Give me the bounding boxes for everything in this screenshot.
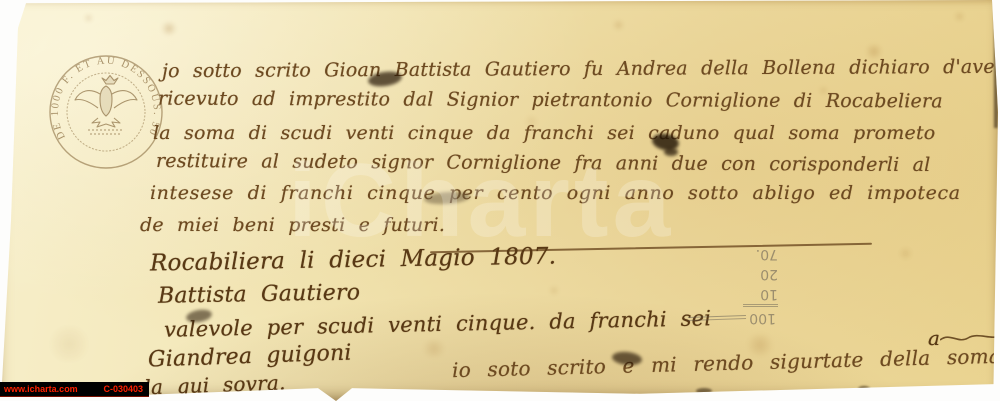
scanned-document: DE 1000 F. ET AU DESSOUS. 50 CENT. jo so… [0, 0, 1000, 401]
pencil-arithmetic: 100 10 20 70. [732, 244, 782, 328]
margin-annotation: a [928, 326, 940, 350]
manuscript-signature: Battista Gautiero [158, 280, 361, 309]
speck [858, 386, 870, 392]
stain [612, 20, 625, 30]
archive-code-label: C-030403 [103, 384, 143, 394]
ink-blot [664, 148, 678, 156]
pencil-item: 20 [732, 264, 782, 284]
imperial-eagle-icon [75, 76, 137, 135]
manuscript-signature: Giandrea guigoni [148, 340, 352, 372]
archive-site-label: www.icharta.com [4, 384, 78, 394]
manuscript-date-line: Rocabiliera li dieci Magio 1807. [150, 243, 557, 276]
speck [696, 388, 712, 394]
archive-id-bar: www.icharta.com C-030403 [0, 382, 149, 397]
stain [84, 14, 93, 22]
manuscript-line: intesese di franchi cinque per cento ogn… [150, 182, 961, 204]
revenue-stamp: DE 1000 F. ET AU DESSOUS. 50 CENT. [44, 50, 168, 174]
flourish-line [940, 330, 1000, 346]
pencil-item: 70. [732, 244, 782, 264]
manuscript-line: jo sotto scrito Gioan Battista Gautiero … [162, 56, 1000, 82]
stain [160, 22, 178, 35]
pencil-item: 10 [732, 284, 782, 304]
pencil-total: 100 [743, 304, 778, 328]
manuscript-line: ricevuto ad imprestito dal Signior pietr… [158, 88, 943, 113]
manuscript-line: restituire al sudeto signor Corniglione … [156, 150, 931, 176]
paper-sheet: DE 1000 F. ET AU DESSOUS. 50 CENT. jo so… [0, 0, 1000, 401]
stain [954, 12, 965, 21]
manuscript-line: da qui sovra. [138, 370, 286, 399]
paper-corner-dark [987, 386, 1000, 401]
stain [420, 340, 448, 357]
manuscript-line: io soto scrito e mi rendo sigurtate dell… [452, 344, 1000, 382]
stain [46, 326, 92, 362]
manuscript-line: la soma di scudi venti cinque da franchi… [153, 122, 935, 144]
manuscript-line: de miei beni presti e futuri. [140, 214, 445, 236]
stain [898, 248, 913, 259]
paper-edge-shadow [0, 28, 14, 48]
manuscript-line: valevole per scudi venti cinque. da fran… [164, 306, 712, 341]
stain [548, 286, 560, 295]
